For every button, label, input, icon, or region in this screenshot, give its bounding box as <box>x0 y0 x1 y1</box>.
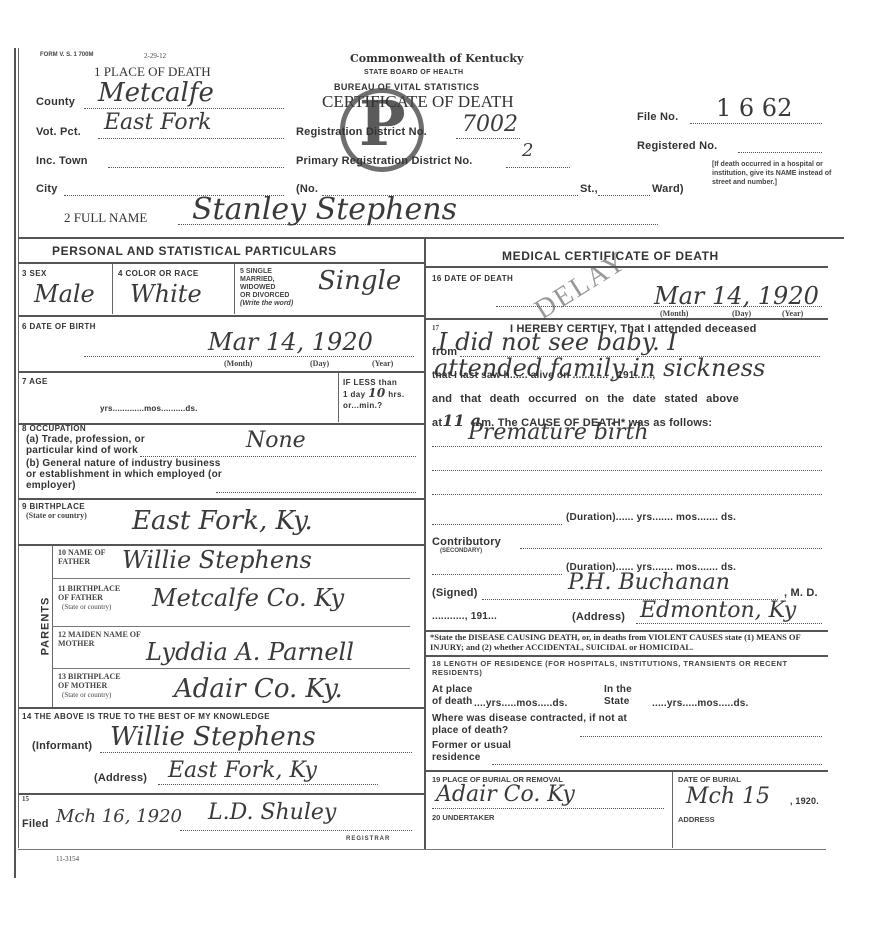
father-birthplace-sub: (State or country) <box>62 603 111 611</box>
father-name-value: Willie Stephens <box>122 546 312 574</box>
rule <box>426 318 828 320</box>
occupation-a-line <box>140 456 416 457</box>
physician-address-label: (Address) <box>572 611 625 623</box>
registration-district-line <box>456 138 520 139</box>
informant-value: Willie Stephens <box>110 722 316 752</box>
in-state-label: In the State <box>604 684 644 708</box>
informant-line <box>100 752 412 753</box>
vot-pct-line <box>98 138 284 139</box>
last-saw-text: that I last saw h...... alive on .......… <box>432 370 655 381</box>
signed-value: P.H. Buchanan <box>568 570 730 595</box>
county-line <box>84 108 284 109</box>
in-state-units: .....yrs.....mos.....ds. <box>652 698 749 709</box>
form-number: FORM V. S. 1 700M <box>40 52 93 58</box>
footer-code: 11-3154 <box>56 855 79 863</box>
age-units: yrs.............mos..........ds. <box>100 404 198 413</box>
rule <box>18 315 424 317</box>
rule <box>426 770 828 772</box>
marital-label: 5 SINGLE MARRIED, WIDOWED OR DIVORCED (W… <box>240 268 293 308</box>
physician-address-line <box>636 623 822 624</box>
cause-line-3 <box>432 494 822 495</box>
burial-line <box>432 808 664 809</box>
rule <box>52 668 410 669</box>
occupation-label: 8 OCCUPATION <box>22 424 86 433</box>
race-label: 4 COLOR OR RACE <box>118 269 199 278</box>
filed-line <box>180 830 412 831</box>
occupation-b-label: (b) General nature of industry business … <box>26 458 222 491</box>
section-top-rule <box>18 237 844 239</box>
father-name-label: 10 NAME OF FATHER <box>58 548 118 566</box>
burial-value: Adair Co. Ky <box>436 782 575 807</box>
marital-value: Single <box>318 266 401 296</box>
ward-line <box>598 195 650 196</box>
mother-name-value: Lyddia A. Parnell <box>146 638 354 666</box>
former-residence-label: Former or usual residence <box>432 740 532 764</box>
burial-year: , 1920. <box>790 796 819 806</box>
rule <box>52 578 410 579</box>
dob-line <box>84 356 414 357</box>
informant-address-value: East Fork, Ky <box>168 758 317 783</box>
mother-birthplace-label: 13 BIRTHPLACE OF MOTHER <box>58 672 122 690</box>
board-heading: STATE BOARD OF HEALTH <box>364 69 463 76</box>
form-date: 2-29-12 <box>144 52 166 60</box>
vot-pct-value: East Fork <box>104 110 211 135</box>
personal-section-title: PERSONAL AND STATISTICAL PARTICULARS <box>52 244 337 258</box>
less-than-label: IF LESS than 1 day 10 hrs. or...min.? <box>343 377 405 411</box>
sex-value: Male <box>34 280 95 308</box>
left-margin-rule <box>14 48 16 878</box>
registered-no-label: Registered No. <box>637 140 717 152</box>
at-place-units: ....yrs.....mos.....ds. <box>474 698 568 709</box>
rule <box>338 372 339 422</box>
death-occurred-text: and that death occurred on the date stat… <box>432 393 739 405</box>
occupation-a-label: (a) Trade, profession, or particular kin… <box>26 434 186 456</box>
contributory-label: Contributory <box>432 536 501 548</box>
informant-address-label: (Address) <box>94 772 147 784</box>
occupation-b-line <box>216 492 416 493</box>
file-no-line <box>690 123 822 124</box>
filed-label: Filed <box>22 818 49 830</box>
rule <box>234 264 235 314</box>
burial-date-label: DATE OF BURIAL <box>678 775 741 784</box>
primary-district-line <box>506 167 570 168</box>
sex-label: 3 SEX <box>22 269 47 278</box>
primary-district-value: 2 <box>522 140 533 161</box>
hospital-note: [If death occurred in a hospital or inst… <box>712 160 832 187</box>
footnote: *State the DISEASE CAUSING DEATH, or, in… <box>430 632 830 652</box>
informant-address-line <box>158 784 378 785</box>
signed-label: (Signed) <box>432 587 478 599</box>
rule <box>18 262 424 264</box>
rule <box>18 498 424 500</box>
mother-birthplace-sub: (State or country) <box>62 691 111 699</box>
registration-district-value: 7002 <box>462 112 518 137</box>
bottom-rule <box>18 849 826 850</box>
rule <box>18 371 424 373</box>
occupation-a-value: None <box>246 428 306 453</box>
dob-month-label: (Month) <box>224 359 252 368</box>
column-divider <box>424 239 426 849</box>
physician-address-value: Edmonton, Ky <box>640 598 796 623</box>
vot-pct-label: Vot. Pct. <box>36 126 81 138</box>
dod-day-label: (Day) <box>732 309 751 318</box>
rule <box>18 793 424 795</box>
file-no-value: 1 6 62 <box>716 94 792 122</box>
county-value: Metcalfe <box>98 78 214 108</box>
certify-handwritten-1: I did not see baby. I <box>438 328 677 356</box>
parents-label: PARENTS <box>39 597 51 656</box>
birthplace-value: East Fork, Ky. <box>132 506 313 536</box>
dob-day-label: (Day) <box>310 359 329 368</box>
true-statement: 14 THE ABOVE IS TRUE TO THE BEST OF MY K… <box>22 712 270 721</box>
mother-name-label: 12 MAIDEN NAME OF MOTHER <box>58 630 152 648</box>
duration-1: (Duration)...... yrs....... mos....... d… <box>566 512 736 523</box>
residence-label: 18 LENGTH OF RESIDENCE (FOR HOSPITALS, I… <box>432 659 828 677</box>
father-birthplace-label: 11 BIRTHPLACE OF FATHER <box>58 584 122 602</box>
cause-value: Premature birth <box>468 420 649 445</box>
undertaker-address-label: ADDRESS <box>678 815 715 824</box>
dob-year-label: (Year) <box>372 359 393 368</box>
registered-no-line <box>738 152 822 153</box>
bureau-heading: BUREAU OF VITAL STATISTICS <box>334 82 479 92</box>
registrar-signature: L.D. Shuley <box>208 800 336 825</box>
race-value: White <box>130 280 202 308</box>
dod-label: 16 DATE OF DEATH <box>432 274 513 283</box>
duration-line-2 <box>432 574 562 575</box>
dob-value: Mar 14, 1920 <box>208 328 373 356</box>
county-label: County <box>36 96 75 108</box>
father-birthplace-value: Metcalfe Co. Ky <box>152 584 344 612</box>
less-than-hrs-value: 10 <box>368 386 386 400</box>
informant-label: (Informant) <box>32 740 92 752</box>
age-label: 7 AGE <box>22 377 48 386</box>
ward-label: Ward) <box>652 183 684 195</box>
signed-date: ..........., 191... <box>432 611 497 622</box>
rule <box>18 707 424 709</box>
contracted-line <box>580 736 822 737</box>
dod-value: Mar 14, 1920 <box>654 282 819 310</box>
rule <box>672 772 673 848</box>
secondary-label: (SECONDARY) <box>440 548 482 554</box>
rule <box>52 626 410 627</box>
burial-date-value: Mch 15 <box>686 784 770 809</box>
full-name-label: 2 FULL NAME <box>64 210 147 226</box>
dod-year-label: (Year) <box>782 309 803 318</box>
duration-line-1 <box>432 524 562 525</box>
registrar-label: REGISTRAR <box>346 836 390 842</box>
filed-value: Mch 16, 1920 <box>56 806 182 827</box>
birthplace-sub: (State or country) <box>26 511 87 520</box>
rule <box>426 655 828 657</box>
commonwealth-heading: Commonwealth of Kentucky <box>350 52 523 65</box>
file-no-label: File No. <box>637 111 678 123</box>
contributory-line <box>520 548 822 549</box>
contracted-label: Where was disease contracted, if not at … <box>432 713 632 737</box>
dod-month-label: (Month) <box>660 309 688 318</box>
undertaker-label: 20 UNDERTAKER <box>432 813 494 822</box>
full-name-value: Stanley Stephens <box>192 192 457 227</box>
inc-town-line <box>108 167 284 168</box>
cause-line-1 <box>432 446 822 447</box>
birthplace-label: 9 BIRTHPLACE <box>22 502 85 511</box>
item-15: 15 <box>22 795 29 803</box>
mother-birthplace-value: Adair Co. Ky. <box>174 674 343 704</box>
rule <box>112 264 113 314</box>
former-residence-line <box>492 764 822 765</box>
cause-line-2 <box>432 470 822 471</box>
city-label: City <box>36 183 58 195</box>
registration-district-label: Registration District No. <box>296 126 427 138</box>
dob-label: 6 DATE OF BIRTH <box>22 322 96 331</box>
street-label: St., <box>580 183 598 195</box>
left-margin-rule-inner <box>18 48 19 848</box>
inc-town-label: Inc. Town <box>36 155 88 167</box>
primary-district-label: Primary Registration District No. <box>296 155 473 167</box>
